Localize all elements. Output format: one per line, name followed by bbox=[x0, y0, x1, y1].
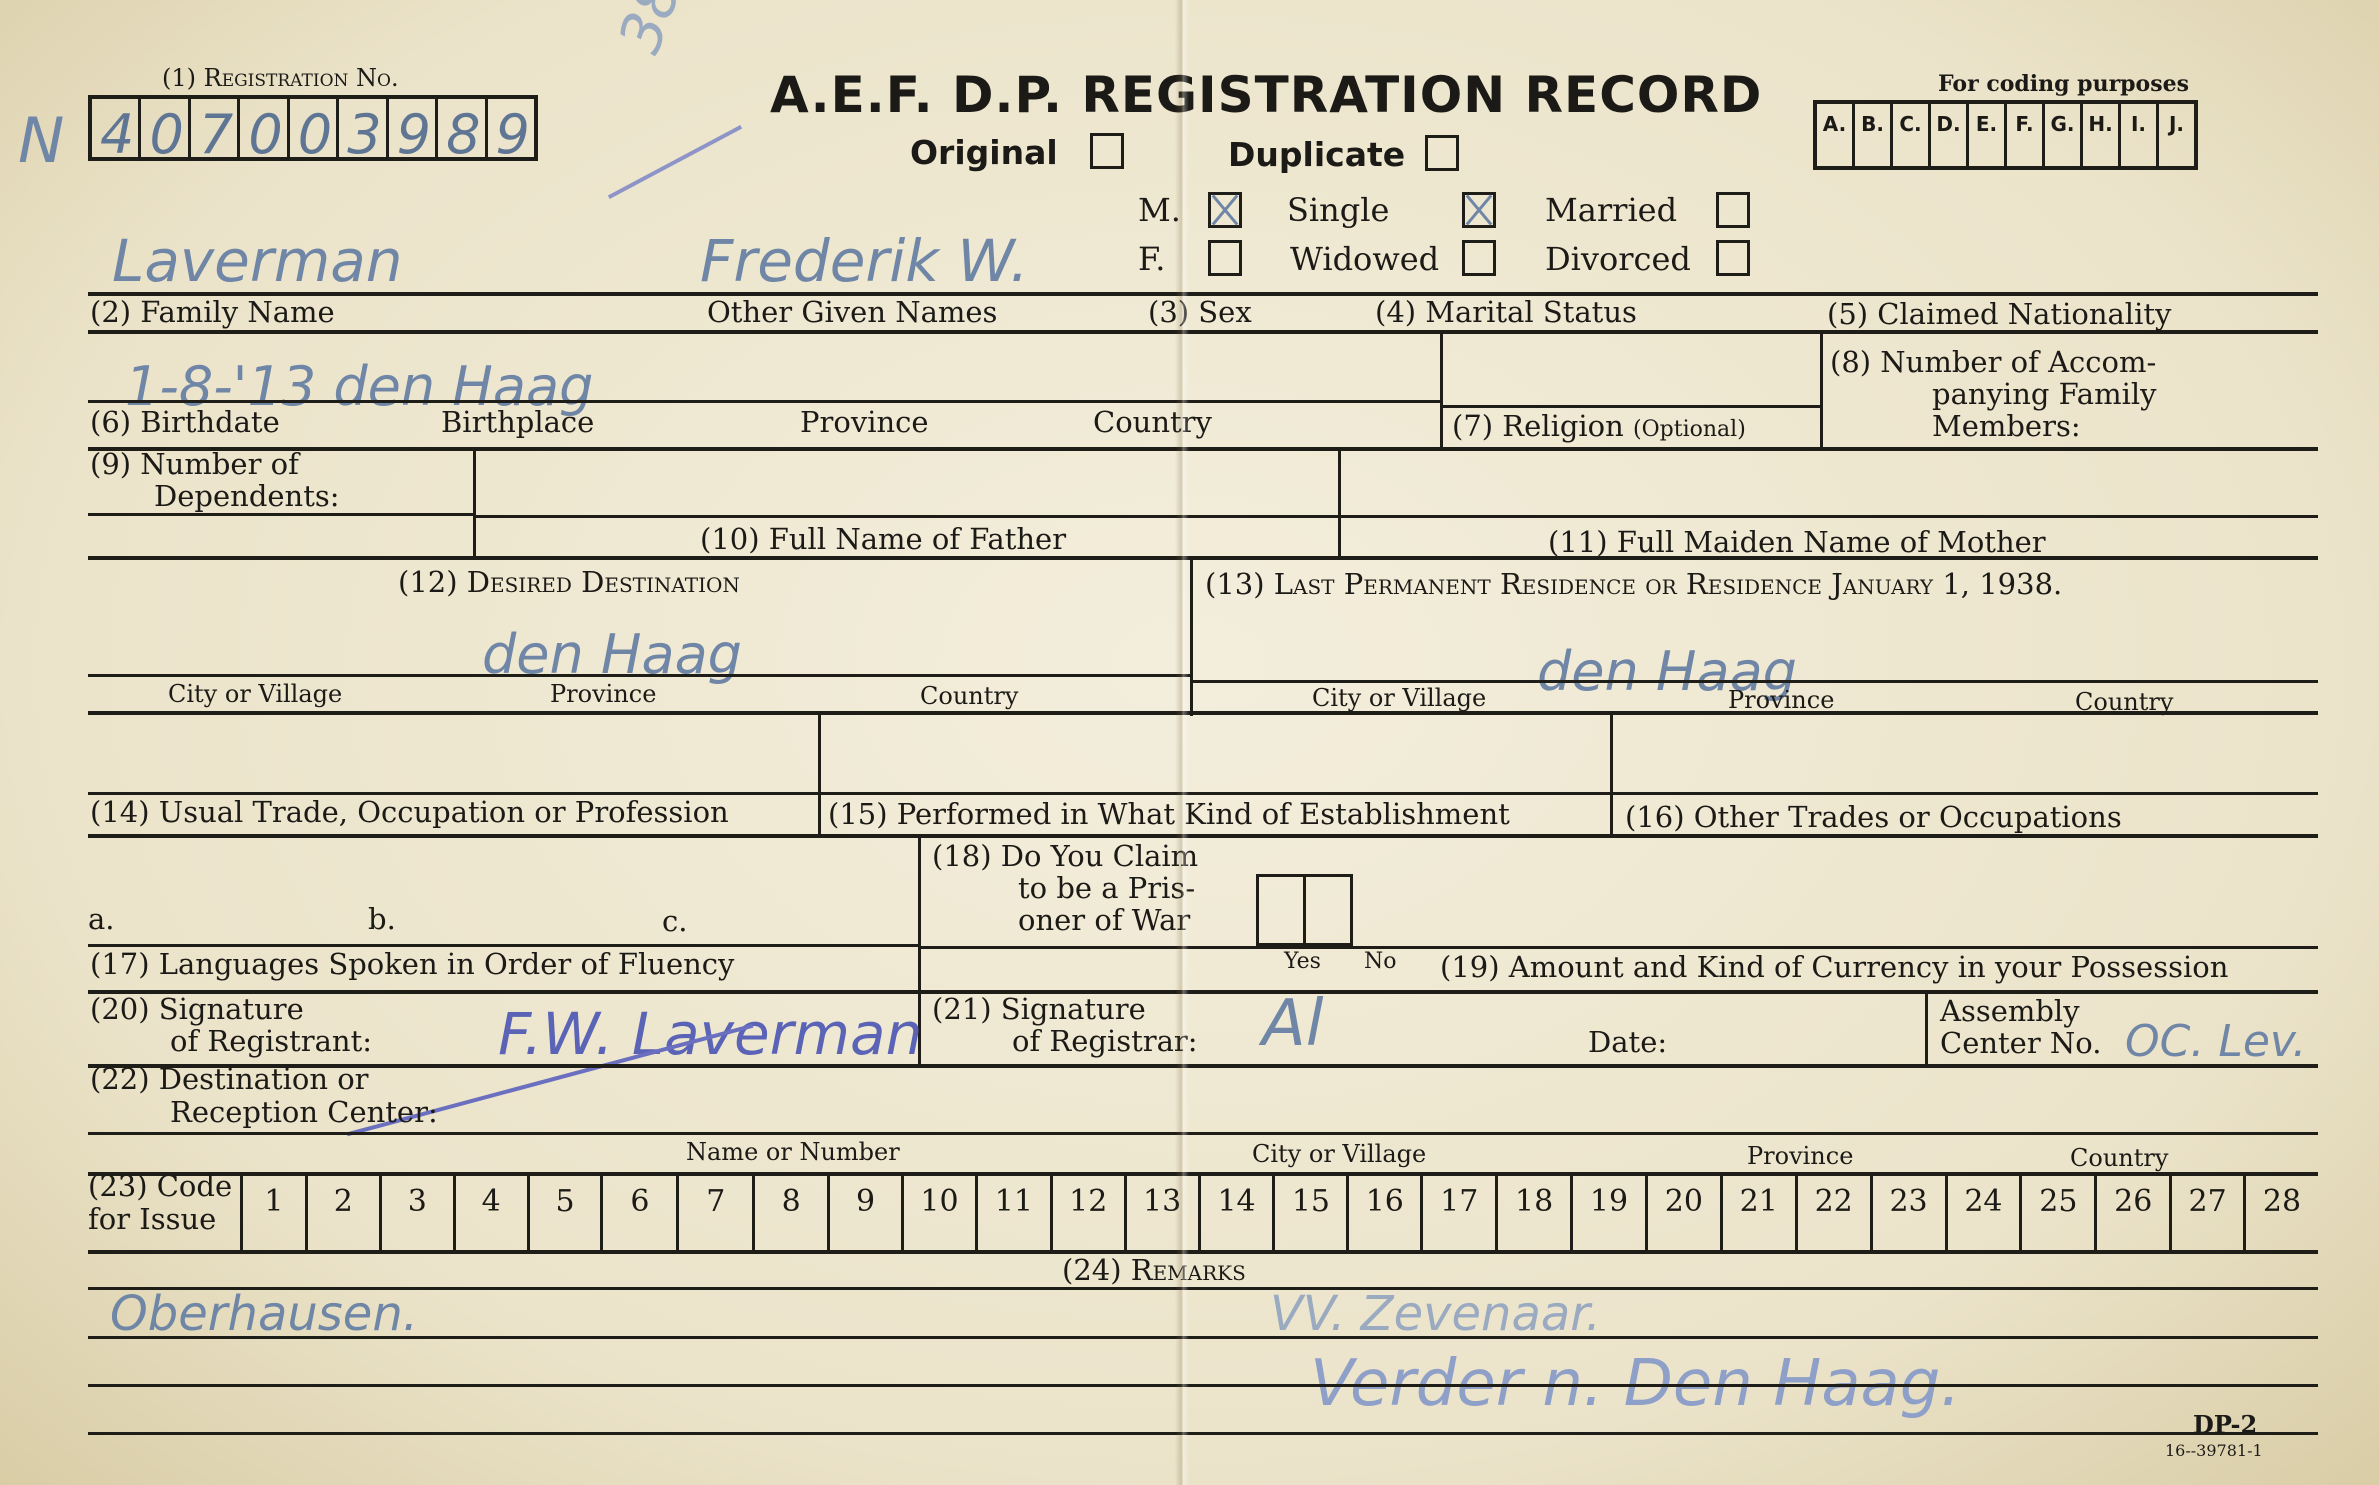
code-box-14[interactable]: 14 bbox=[1198, 1174, 1273, 1254]
remarks-line bbox=[88, 1384, 2318, 1387]
residence-province-label: Province bbox=[1728, 688, 1834, 712]
desired-province-label: Province bbox=[550, 682, 656, 706]
given-names-label: Other Given Names bbox=[707, 298, 997, 327]
female-label: F. bbox=[1138, 243, 1165, 275]
divider bbox=[1190, 558, 1193, 716]
residence-city-label: City or Village bbox=[1312, 686, 1486, 710]
pow-yes-label: Yes bbox=[1284, 951, 1321, 973]
code-box-15[interactable]: 15 bbox=[1272, 1174, 1346, 1254]
reception-label-1: (22) Destination or bbox=[90, 1065, 369, 1094]
divider bbox=[1338, 449, 1341, 559]
divider bbox=[88, 1132, 2318, 1135]
paper-fold bbox=[1175, 0, 1189, 1485]
code-box-25[interactable]: 25 bbox=[2019, 1174, 2094, 1254]
nationality-label: (5) Claimed Nationality bbox=[1827, 300, 2171, 329]
coding-cell-h: H. bbox=[2083, 112, 2118, 136]
accompanying-label-1: (8) Number of Accom- bbox=[1830, 348, 2156, 377]
coding-cell-a: A. bbox=[1817, 112, 1852, 136]
registration-number-box: 4 0 7 0 0 3 9 8 9 bbox=[88, 95, 538, 161]
registrant-signature-label-2: of Registrant: bbox=[170, 1027, 372, 1056]
registrant-signature-label-1: (20) Signature bbox=[90, 995, 304, 1024]
divider bbox=[473, 515, 2318, 518]
code-box-16[interactable]: 16 bbox=[1346, 1174, 1420, 1254]
assembly-label-2: Center No. bbox=[1940, 1029, 2101, 1058]
code-box-10[interactable]: 10 bbox=[901, 1174, 975, 1254]
mother-label: (11) Full Maiden Name of Mother bbox=[1548, 528, 2046, 557]
married-label: Married bbox=[1545, 194, 1677, 226]
registrar-signature-label-1: (21) Signature bbox=[932, 995, 1146, 1024]
reg-digit: 0 bbox=[248, 103, 282, 166]
coding-cell-d: D. bbox=[1931, 112, 1966, 136]
pow-label-3: oner of War bbox=[1018, 906, 1190, 935]
female-checkbox[interactable] bbox=[1208, 240, 1242, 276]
widowed-label: Widowed bbox=[1290, 243, 1439, 275]
dependents-label-2: Dependents: bbox=[154, 482, 340, 511]
code-box-12[interactable]: 12 bbox=[1050, 1174, 1124, 1254]
divider bbox=[1440, 332, 1443, 449]
code-box-27[interactable]: 27 bbox=[2169, 1174, 2243, 1254]
code-box-26[interactable]: 26 bbox=[2094, 1174, 2169, 1254]
divider bbox=[88, 556, 2318, 560]
father-label: (10) Full Name of Father bbox=[700, 525, 1066, 554]
registrar-signature: Al bbox=[1262, 992, 1324, 1056]
reg-digit: 0 bbox=[149, 103, 183, 166]
usual-trade-label: (14) Usual Trade, Occupation or Professi… bbox=[90, 798, 729, 827]
registration-prefix: N bbox=[18, 110, 64, 172]
country-label: Country bbox=[1093, 408, 1212, 437]
code-box-1[interactable]: 1 bbox=[240, 1174, 305, 1254]
currency-label: (19) Amount and Kind of Currency in your… bbox=[1440, 953, 2228, 982]
code-box-22[interactable]: 22 bbox=[1795, 1174, 1870, 1254]
code-box-19[interactable]: 19 bbox=[1570, 1174, 1645, 1254]
code-box-4[interactable]: 4 bbox=[453, 1174, 527, 1254]
coding-cell-b: B. bbox=[1855, 112, 1890, 136]
form-title: A.E.F. D.P. REGISTRATION RECORD bbox=[770, 66, 1762, 124]
original-label: Original bbox=[910, 133, 1058, 172]
province-label: Province bbox=[800, 408, 929, 437]
coding-cell-f: F. bbox=[2007, 112, 2042, 136]
divider bbox=[1190, 680, 2318, 683]
divider bbox=[1440, 405, 1820, 408]
divider bbox=[88, 834, 2318, 838]
coding-cell-c: C. bbox=[1893, 112, 1928, 136]
accompanying-label-2: panying Family bbox=[1932, 380, 2157, 409]
divider bbox=[88, 674, 1190, 677]
reg-digit: 8 bbox=[446, 103, 480, 166]
code-box-23[interactable]: 23 bbox=[1870, 1174, 1945, 1254]
assembly-label-1: Assembly bbox=[1940, 997, 2080, 1026]
print-code: 16--39781-1 bbox=[2165, 1443, 2263, 1459]
code-box-17[interactable]: 17 bbox=[1420, 1174, 1495, 1254]
birthdate-label: (6) Birthdate bbox=[90, 408, 280, 437]
date-label: Date: bbox=[1588, 1028, 1667, 1057]
pow-no-checkbox[interactable] bbox=[1303, 874, 1353, 946]
language-b-label: b. bbox=[368, 905, 396, 934]
divider bbox=[88, 400, 1440, 403]
language-c-label: c. bbox=[662, 907, 687, 936]
languages-label: (17) Languages Spoken in Order of Fluenc… bbox=[90, 950, 734, 979]
reg-digit: 0 bbox=[298, 103, 332, 166]
divider bbox=[918, 946, 2318, 949]
pow-label-1: (18) Do You Claim bbox=[932, 842, 1198, 871]
duplicate-checkbox[interactable] bbox=[1425, 135, 1459, 171]
accompanying-label-3: Members: bbox=[1932, 412, 2081, 441]
reg-digit: 7 bbox=[199, 103, 233, 166]
divider bbox=[88, 711, 2318, 715]
reception-label-2: Reception Center: bbox=[170, 1098, 438, 1127]
marital-status-label: (4) Marital Status bbox=[1375, 298, 1637, 327]
code-issue-label-1: (23) Code bbox=[88, 1172, 232, 1201]
married-checkbox[interactable] bbox=[1716, 192, 1750, 228]
remark-line-1-right: VV. Zevenaar. bbox=[1270, 1290, 1601, 1338]
reg-digit: 3 bbox=[347, 103, 381, 166]
group-country-label: Country bbox=[2070, 1146, 2168, 1170]
divider bbox=[1820, 332, 1823, 449]
reg-digit: 9 bbox=[397, 103, 431, 166]
code-box-7[interactable]: 7 bbox=[676, 1174, 752, 1254]
sex-label: (3) Sex bbox=[1148, 298, 1252, 327]
single-checkbox-checked[interactable] bbox=[1462, 192, 1496, 228]
assembly-center-value: OC. Lev. bbox=[2125, 1020, 2306, 1064]
code-box-9[interactable]: 9 bbox=[827, 1174, 901, 1254]
family-name-value: Laverman bbox=[112, 232, 403, 290]
male-checkbox-checked[interactable] bbox=[1208, 192, 1242, 228]
divider bbox=[88, 513, 473, 516]
remark-line-1-left: Oberhausen. bbox=[110, 1290, 418, 1338]
religion-label: (7) Religion (Optional) bbox=[1452, 412, 1746, 441]
divorced-label: Divorced bbox=[1545, 243, 1691, 275]
duplicate-label: Duplicate bbox=[1228, 135, 1405, 174]
remarks-line bbox=[88, 1287, 2318, 1290]
pow-label-2: to be a Pris- bbox=[1018, 874, 1195, 903]
registration-label: (1) Registration No. bbox=[162, 66, 399, 90]
divider bbox=[88, 330, 2318, 334]
desired-city-label: City or Village bbox=[168, 682, 342, 706]
code-box-24[interactable]: 24 bbox=[1945, 1174, 2020, 1254]
dependents-label-1: (9) Number of bbox=[90, 450, 299, 479]
divider bbox=[1925, 992, 1928, 1067]
coding-cell-i: I. bbox=[2121, 112, 2156, 136]
group-name-label: Name or Number bbox=[686, 1140, 900, 1164]
code-box-11[interactable]: 11 bbox=[975, 1174, 1050, 1254]
desired-country-label: Country bbox=[920, 684, 1018, 708]
coding-boxes: A. B. C. D. E. F. G. H. I. J. bbox=[1813, 100, 2198, 170]
code-box-2[interactable]: 2 bbox=[305, 1174, 379, 1254]
reg-digit: 9 bbox=[496, 103, 530, 166]
single-label: Single bbox=[1287, 194, 1389, 226]
code-box-20[interactable]: 20 bbox=[1645, 1174, 1720, 1254]
form-code: DP-2 bbox=[2193, 1413, 2257, 1437]
last-residence-label: (13) Last Permanent Residence or Residen… bbox=[1205, 570, 2062, 599]
code-box-3[interactable]: 3 bbox=[379, 1174, 453, 1254]
divider bbox=[88, 1064, 2318, 1068]
remarks-label: (24) Remarks bbox=[1062, 1256, 1246, 1285]
remarks-line bbox=[88, 1432, 2318, 1435]
code-box-5[interactable]: 5 bbox=[527, 1174, 601, 1254]
divorced-checkbox[interactable] bbox=[1716, 240, 1750, 276]
code-box-6[interactable]: 6 bbox=[600, 1174, 676, 1254]
coding-cell-g: G. bbox=[2045, 112, 2080, 136]
code-issue-boxes: 1 2 3 4 5 6 7 8 9 10 11 12 13 14 15 16 1… bbox=[240, 1174, 2318, 1254]
family-name-label: (2) Family Name bbox=[90, 298, 335, 327]
group-city-label: City or Village bbox=[1252, 1142, 1426, 1166]
pow-no-label: No bbox=[1364, 951, 1397, 973]
code-box-21[interactable]: 21 bbox=[1720, 1174, 1795, 1254]
coding-label: For coding purposes bbox=[1938, 73, 2189, 95]
establishment-label: (15) Performed in What Kind of Establish… bbox=[828, 800, 1510, 829]
divider bbox=[818, 713, 821, 835]
group-province-label: Province bbox=[1747, 1144, 1853, 1168]
desired-destination-label: (12) Desired Destination bbox=[398, 568, 740, 597]
coding-cell-j: J. bbox=[2159, 112, 2194, 136]
registrar-signature-label-2: of Registrar: bbox=[1012, 1027, 1198, 1056]
language-a-label: a. bbox=[88, 905, 115, 934]
reg-digit: 4 bbox=[100, 103, 134, 166]
other-trades-label: (16) Other Trades or Occupations bbox=[1625, 803, 2122, 832]
divider bbox=[88, 447, 2318, 451]
divider bbox=[1610, 713, 1613, 835]
code-box-8[interactable]: 8 bbox=[752, 1174, 827, 1254]
code-box-28[interactable]: 28 bbox=[2243, 1174, 2318, 1254]
coding-cell-e: E. bbox=[1969, 112, 2004, 136]
religion-optional: (Optional) bbox=[1633, 417, 1746, 442]
code-issue-label-2: for Issue bbox=[88, 1205, 216, 1234]
code-box-18[interactable]: 18 bbox=[1495, 1174, 1570, 1254]
remarks-line bbox=[88, 1336, 2318, 1339]
original-checkbox[interactable] bbox=[1090, 133, 1124, 169]
given-names-value: Frederik W. bbox=[700, 232, 1028, 290]
birthplace-label: Birthplace bbox=[441, 408, 594, 437]
widowed-checkbox[interactable] bbox=[1462, 240, 1496, 276]
divider bbox=[473, 449, 476, 559]
pow-yes-checkbox[interactable] bbox=[1256, 874, 1306, 946]
